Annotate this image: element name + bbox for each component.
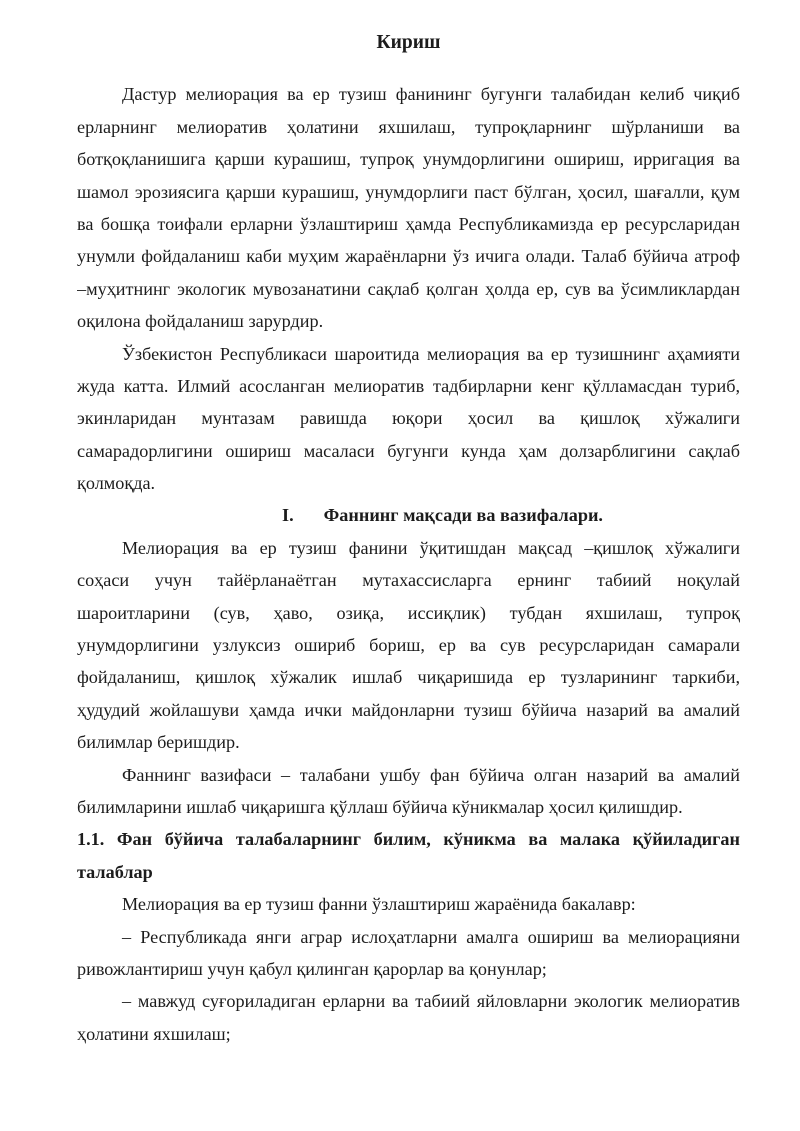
text-line: ва бошқа тоифали ерларни ўзлаштириш ҳамд… (77, 208, 740, 240)
text-line: талаблар (77, 856, 740, 888)
text-line: унумли фойдаланиш каби муҳим жараёнларни… (77, 240, 740, 272)
text-line: оқилона фойдаланиш зарурдир. (77, 305, 740, 337)
paragraph: – Республикада янги аграр ислоҳатларни а… (77, 921, 740, 986)
text-line: экинларидан мунтазам равишда юқори ҳосил… (77, 402, 740, 434)
text-line: Фаннинг вазифаси – талабани ушбу фан бўй… (77, 759, 740, 791)
heading-text: Фаннинг мақсади ва вазифалари. (324, 505, 603, 525)
paragraph: Фаннинг вазифаси – талабани ушбу фан бўй… (77, 759, 740, 824)
text-line: жуда катта. Илмий асосланган мелиоратив … (77, 370, 740, 402)
text-line: соҳаси учун тайёрланаётган мутахассислар… (77, 564, 740, 596)
text-line: Мелиорация ва ер тузиш фанини ўқитишдан … (77, 532, 740, 564)
text-line: фойдаланиш, қишлоқ хўжалик ишлаб чиқариш… (77, 661, 740, 693)
paragraph: Дастур мелиорация ва ер тузиш фанининг б… (77, 78, 740, 337)
text-line: Ўзбекистон Республикаси шароитида мелиор… (77, 338, 740, 370)
paragraph: – мавжуд суғориладиган ерларни ва табиий… (77, 985, 740, 1050)
text-line: қолмоқда. (77, 467, 740, 499)
text-line: ерларнинг мелиоратив ҳолатини яхшилаш, т… (77, 111, 740, 143)
sub-heading: 1.1. Фан бўйича талабаларнинг билим, кўн… (77, 823, 740, 888)
section-heading-numbered: I.Фаннинг мақсади ва вазифалари. (77, 499, 740, 531)
text-line: –муҳитнинг экологик мувозанатини сақлаб … (77, 273, 740, 305)
heading-number: I. (282, 505, 294, 525)
text-line: ҳудудий жойлашуви ҳамда ички майдонларни… (77, 694, 740, 726)
text-line: – Республикада янги аграр ислоҳатларни а… (77, 921, 740, 953)
text-line: унумдорлигини узлуксиз ошириб бориш, ер … (77, 629, 740, 661)
text-line: ботқоқланишига қарши курашиш, тупроқ уну… (77, 143, 740, 175)
text-line: 1.1. Фан бўйича талабаларнинг билим, кўн… (77, 823, 740, 855)
document-content: Кириш Дастур мелиорация ва ер тузиш фани… (0, 0, 800, 1050)
document-page: Кириш Дастур мелиорация ва ер тузиш фани… (0, 0, 800, 1131)
paragraph: Мелиорация ва ер тузиш фанни ўзлаштириш … (77, 888, 740, 920)
text-line: самарадорлигини ошириш масаласи бугунги … (77, 435, 740, 467)
text-line: ривожлантириш учун қабул қилинган қарорл… (77, 953, 740, 985)
document-body: Дастур мелиорация ва ер тузиш фанининг б… (77, 78, 740, 1050)
text-line: Дастур мелиорация ва ер тузиш фанининг б… (77, 78, 740, 110)
text-line: шароитларини (сув, ҳаво, озиқа, иссиқлик… (77, 597, 740, 629)
text-line: Мелиорация ва ер тузиш фанни ўзлаштириш … (77, 888, 740, 920)
document-title: Кириш (77, 27, 740, 59)
text-line: билимлар беришдир. (77, 726, 740, 758)
text-line: билимларини ишлаб чиқаришга қўллаш бўйич… (77, 791, 740, 823)
paragraph: Ўзбекистон Республикаси шароитида мелиор… (77, 338, 740, 500)
text-line: – мавжуд суғориладиган ерларни ва табиий… (77, 985, 740, 1017)
text-line: ҳолатини яхшилаш; (77, 1018, 740, 1050)
text-line: шамол эрозиясига қарши курашиш, унумдорл… (77, 176, 740, 208)
paragraph: Мелиорация ва ер тузиш фанини ўқитишдан … (77, 532, 740, 759)
